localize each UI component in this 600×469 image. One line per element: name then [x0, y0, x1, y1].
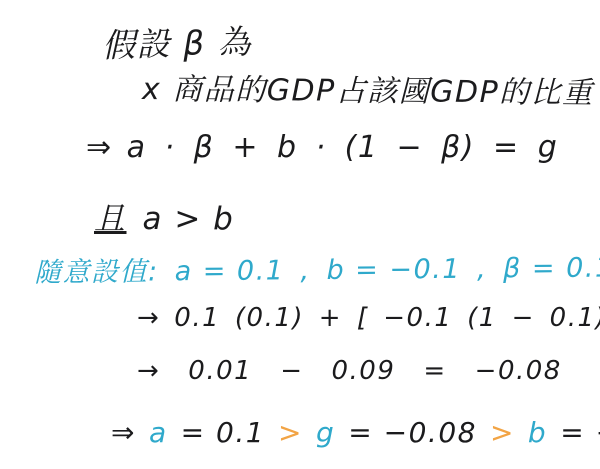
conclusion-val-g: = −0.08: [348, 416, 477, 449]
minus-sign: −: [280, 356, 303, 386]
conclusion-val-b: = −0.1: [560, 416, 600, 449]
greater-than-sign: >: [490, 416, 515, 449]
conclusion-var-a: a: [149, 416, 168, 449]
conclusion-var-g: g: [316, 416, 335, 449]
note-line-conclusion: ⇒ a = 0.1 > g = −0.08 > b = −0.1: [111, 416, 600, 449]
definition-text: x 商品的GDP占該國GDP的比重: [142, 64, 594, 112]
conclusion-var-b: b: [528, 416, 547, 449]
equals-sign: =: [423, 356, 446, 386]
substitution-expression: 0.1 (0.1) + [ −0.1 (1 − 0.1) ] = g: [174, 303, 600, 333]
assign-values-label: 隨意設值:: [34, 249, 159, 289]
handwritten-note-page: 假設 β 為 x 商品的GDP占該國GDP的比重 ⇒ a · β + b · (…: [0, 0, 600, 469]
note-line-definition: x 商品的GDP占該國GDP的比重: [142, 64, 594, 112]
comma-separator: ,: [477, 254, 487, 285]
weighted-average-formula: a · β + b · (1 − β) = g: [127, 130, 559, 165]
assumption-text: 假設 β 為: [101, 16, 252, 67]
computation-term1: 0.01: [188, 356, 252, 386]
value-a: a = 0.1: [175, 255, 285, 287]
implies-arrow-icon: ⇒: [111, 416, 136, 449]
note-line-assigned-values: 隨意設值: a = 0.1 , b = −0.1 , β = 0.1: [34, 245, 600, 289]
condition-inequality: a > b: [143, 201, 235, 237]
note-line-substitution: → 0.1 (0.1) + [ −0.1 (1 − 0.1) ] = g: [137, 303, 600, 333]
greater-than-sign: >: [278, 416, 303, 449]
computation-term2: 0.09: [331, 356, 395, 386]
note-line-assumption: 假設 β 為: [101, 16, 252, 67]
comma-separator: ,: [300, 255, 310, 286]
and-word: 且: [94, 193, 127, 238]
note-line-computation: → 0.01 − 0.09 = −0.08: [137, 356, 562, 386]
note-line-condition: 且 a > b: [94, 193, 234, 238]
right-arrow-icon: →: [137, 303, 160, 333]
note-line-weighted-formula: ⇒ a · β + b · (1 − β) = g: [86, 130, 558, 165]
implies-arrow-icon: ⇒: [86, 130, 113, 165]
conclusion-val-a: = 0.1: [181, 416, 265, 449]
right-arrow-icon: →: [137, 356, 160, 386]
value-beta: β = 0.1: [503, 252, 600, 284]
value-b: b = −0.1: [326, 254, 461, 286]
computation-result: −0.08: [475, 356, 562, 386]
